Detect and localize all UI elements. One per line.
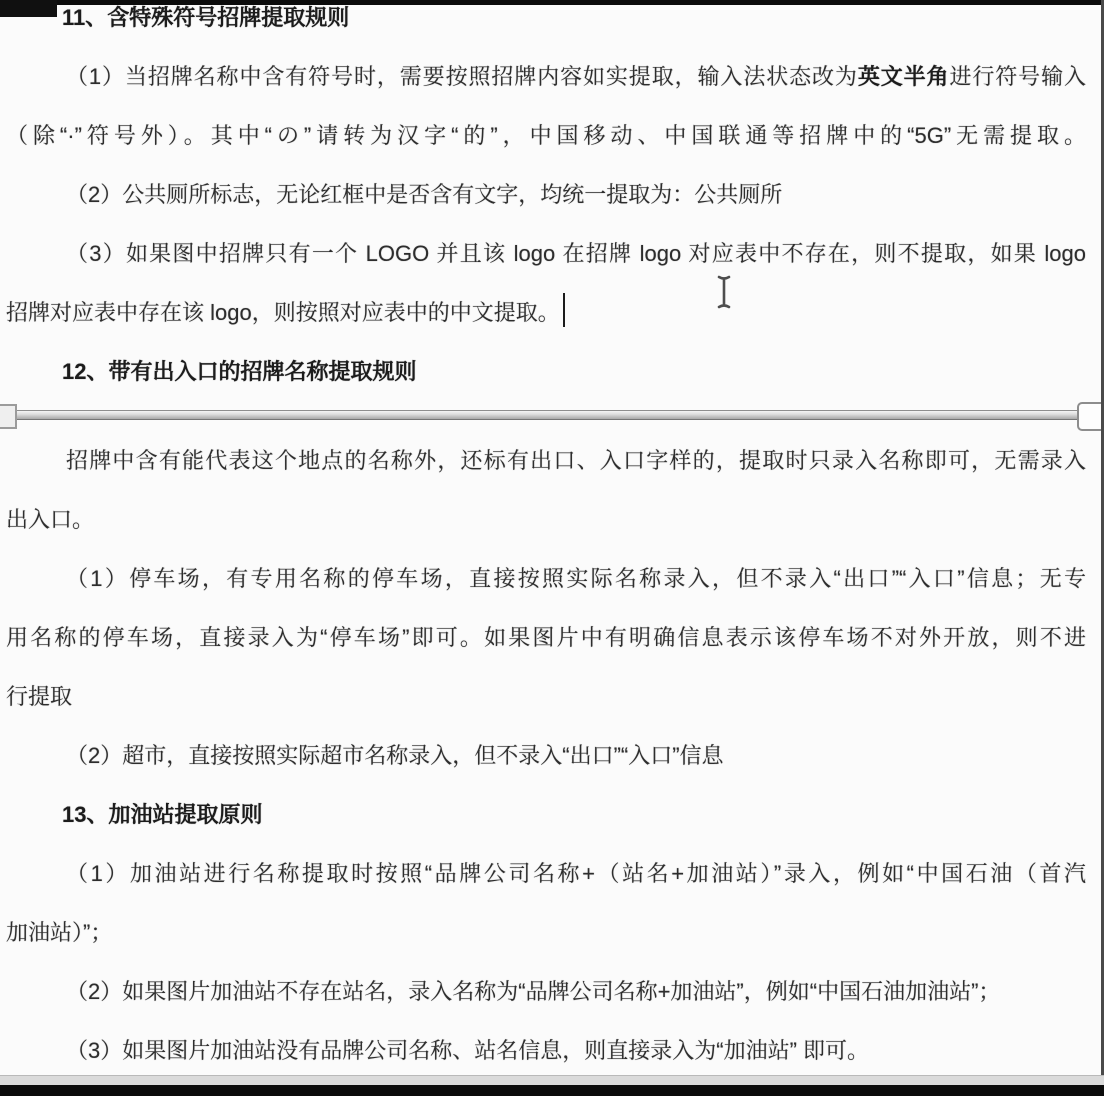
paragraph-13-1-line-2[interactable]: 加油站）”；	[6, 903, 1086, 962]
paragraph-text: 招牌对应表中存在该 logo，则按照对应表中的中文提取。	[6, 300, 560, 325]
paragraph-12-0-line-2[interactable]: 出入口。	[6, 490, 1086, 549]
paragraph-text: 进行符号输入	[949, 64, 1086, 89]
bottom-letterbox-bar	[0, 1085, 1104, 1096]
paragraph-13-1-line-1[interactable]: （1）加油站进行名称提取时按照“品牌公司名称+（站名+加油站）”录入，例如“中国…	[6, 844, 1086, 903]
paragraph-11-1-line-1[interactable]: （1）当招牌名称中含有符号时，需要按照招牌内容如实提取，输入法状态改为英文半角进…	[6, 47, 1086, 106]
page-break-bar	[0, 410, 1104, 420]
paragraph-12-2[interactable]: （2）超市，直接按照实际超市名称录入，但不录入“出口”“入口”信息	[6, 726, 1086, 785]
paragraph-12-1-line-1[interactable]: （1）停车场，有专用名称的停车场，直接按照实际名称录入，但不录入“出口”“入口”…	[6, 549, 1086, 608]
section-heading-11[interactable]: 11、含特殊符号招牌提取规则	[6, 0, 1086, 47]
paragraph-13-2[interactable]: （2）如果图片加油站不存在站名，录入名称为“品牌公司名称+加油站”，例如“中国石…	[6, 962, 1086, 1021]
bottom-gray-strip	[0, 1075, 1104, 1085]
divider-right-handle[interactable]	[1077, 402, 1104, 431]
paragraph-12-1-line-2[interactable]: 用名称的停车场，直接录入为“停车场”即可。如果图片中有明确信息表示该停车场不对外…	[6, 608, 1086, 667]
top-left-black-corner	[0, 0, 57, 17]
paragraph-11-2[interactable]: （2）公共厕所标志，无论红框中是否含有文字，均统一提取为：公共厕所	[6, 165, 1086, 224]
paragraph-11-1-line-2[interactable]: （除“·”符号外）。其中“の”请转为汉字“的”，中国移动、中国联通等招牌中的“5…	[6, 106, 1086, 165]
paragraph-12-1-line-3[interactable]: 行提取	[6, 667, 1086, 726]
paragraph-text: （1）当招牌名称中含有符号时，需要按照招牌内容如实提取，输入法状态改为	[66, 64, 858, 89]
divider-left-handle[interactable]	[0, 404, 17, 429]
section-heading-12[interactable]: 12、带有出入口的招牌名称提取规则	[6, 342, 1086, 401]
paragraph-13-3[interactable]: （3）如果图片加油站没有品牌公司名称、站名信息，则直接录入为“加油站” 即可。	[6, 1021, 1086, 1080]
bold-run: 英文半角	[858, 64, 950, 89]
document-body[interactable]: 11、含特殊符号招牌提取规则 （1）当招牌名称中含有符号时，需要按照招牌内容如实…	[0, 0, 1104, 1080]
section-heading-13[interactable]: 13、加油站提取原则	[6, 785, 1086, 844]
paragraph-11-3-line-1[interactable]: （3）如果图中招牌只有一个 LOGO 并且该 logo 在招牌 logo 对应表…	[6, 224, 1086, 283]
ibeam-cursor-icon	[715, 275, 733, 314]
paragraph-12-0-line-1[interactable]: 招牌中含有能代表这个地点的名称外，还标有出口、入口字样的，提取时只录入名称即可，…	[6, 431, 1086, 490]
paragraph-11-3-line-2[interactable]: 招牌对应表中存在该 logo，则按照对应表中的中文提取。	[6, 283, 1086, 342]
top-letterbox-bar	[0, 0, 1104, 5]
text-caret	[563, 293, 565, 327]
page-break-divider	[0, 401, 1104, 431]
